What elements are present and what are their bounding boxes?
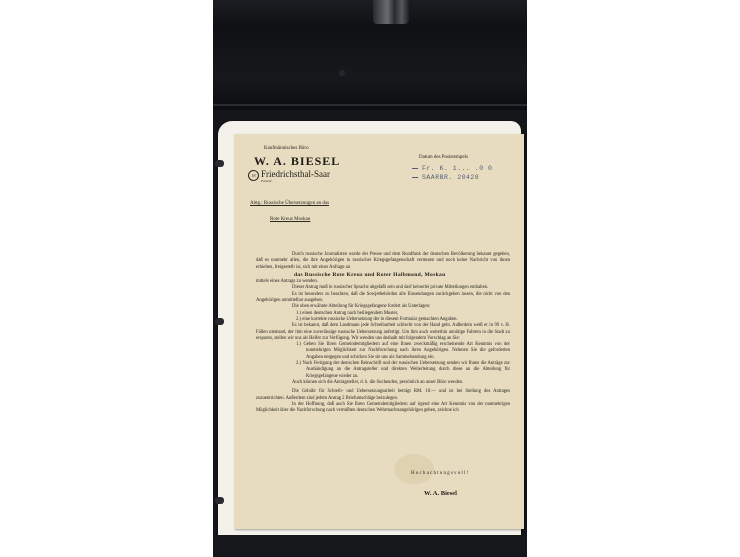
punch-hole-icon (215, 160, 224, 167)
paragraph-fee: Die Gebühr für Schreib- und Uebersetzung… (256, 389, 510, 402)
paragraph-language: Dieser Antrag muß in russischer Sprache … (256, 285, 510, 291)
left-margin (0, 0, 213, 557)
company-city: Friedrichsthal-Saar (261, 169, 330, 179)
department-line-2: Rote Kreuz Moskau (270, 217, 310, 222)
stamp-line-2: SAARBR. 20428 (422, 174, 479, 181)
signature: W. A. Biesel (424, 490, 457, 497)
paragraph-intro: Durch russische Journalisten wurde der P… (256, 252, 510, 271)
proposal-1: 1.) Geben Sie Ihren Gemeindemitgliedern … (256, 342, 510, 361)
binder-rail-edge (213, 104, 527, 106)
binder-rail (213, 28, 527, 110)
stamp-line-1: Fr. K. 1... .0 0 (422, 165, 492, 172)
document-photo: Kaufmännisches Büro W. A. BIESEL 18 Frie… (213, 0, 527, 557)
company-number-badge: 18 (248, 170, 259, 181)
phone-label: Fernruf (261, 179, 272, 183)
paragraph-notice: Es ist besonders zu beachten, daß die So… (256, 292, 510, 305)
proposal-2: 2.) Nach Fertigung der deutschen Reinsch… (256, 361, 510, 380)
paper-stain (394, 454, 434, 484)
closing-salutation: Hochachtungsvoll! (411, 471, 469, 476)
paragraph-personal: Auch können sich die Antragsteller, d. h… (256, 380, 510, 386)
punch-hole-icon (215, 497, 224, 504)
postmark-label: Datum des Poststempels (419, 155, 468, 160)
addressee-organization: das Russische Rote Kreuz und Roter Halbm… (256, 272, 510, 278)
paragraph-closing: In der Hoffnung, daß auch Sie Ihren Geme… (256, 402, 510, 415)
company-name: W. A. BIESEL (254, 154, 340, 169)
binder-top (213, 0, 527, 28)
letter: Kaufmännisches Büro W. A. BIESEL 18 Frie… (234, 134, 524, 529)
binder-bottom (213, 535, 527, 557)
right-margin (527, 0, 740, 557)
punch-hole-icon (215, 318, 224, 325)
binder-screw-icon (339, 70, 345, 76)
department-line-1: Abtg.: Russische Übersetzungen an das (250, 201, 329, 206)
binder-ring (373, 0, 409, 24)
postmark-stamp: Fr. K. 1... .0 0 SAARBR. 20428 (412, 164, 492, 182)
office-label: Kaufmännisches Büro (264, 146, 309, 151)
paragraph-offer: Es ist bekannt, daß dem Landmann jede Sc… (256, 323, 510, 342)
letter-body: Durch russische Journalisten wurde der P… (256, 252, 510, 414)
